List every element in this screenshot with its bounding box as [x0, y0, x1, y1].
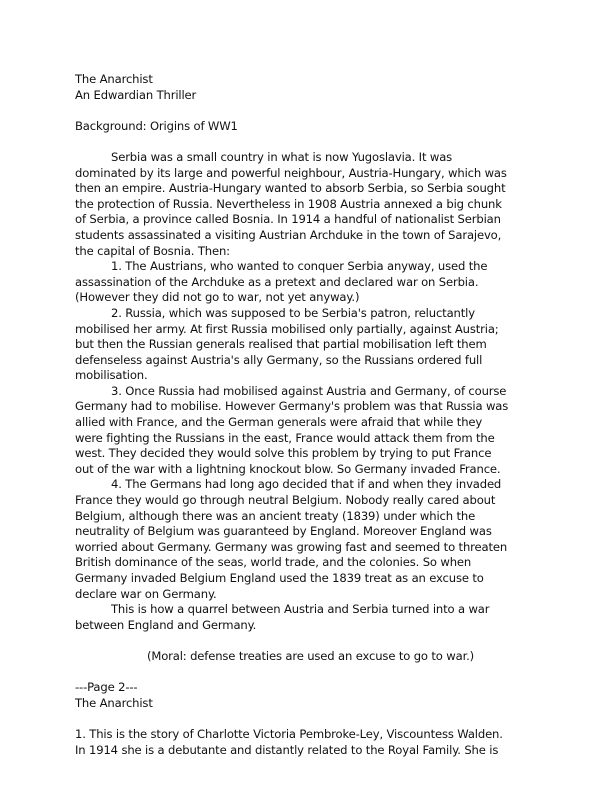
document-title: The Anarchist: [75, 72, 595, 88]
text-line: the protection of Russia. Nevertheless i…: [75, 197, 595, 213]
text-line: In 1914 she is a debutante and distantly…: [75, 743, 595, 759]
text-line: declare war on Germany.: [75, 587, 595, 603]
document-subtitle: An Edwardian Thriller: [75, 88, 595, 104]
paragraph: 3. Once Russia had mobilised against Aus…: [75, 384, 595, 478]
text-line: British dominance of the seas, world tra…: [75, 555, 595, 571]
text-line: then an empire. Austria-Hungary wanted t…: [75, 181, 595, 197]
text-line: worried about Germany. Germany was growi…: [75, 540, 595, 556]
section-heading: Background: Origins of WW1: [75, 119, 595, 135]
text-line: This is how a quarrel between Austria an…: [75, 602, 595, 618]
spacer: [75, 665, 595, 681]
text-line: but then the Russian generals realised t…: [75, 337, 595, 353]
text-line: mobilised her army. At first Russia mobi…: [75, 322, 595, 338]
text-line: Germany had to mobilise. However Germany…: [75, 399, 595, 415]
text-line: 3. Once Russia had mobilised against Aus…: [75, 384, 595, 400]
paragraph: This is how a quarrel between Austria an…: [75, 602, 595, 633]
text-line: 4. The Germans had long ago decided that…: [75, 477, 595, 493]
spacer: [75, 711, 595, 727]
text-line: 2. Russia, which was supposed to be Serb…: [75, 306, 595, 322]
text-line: neutrality of Belgium was guaranteed by …: [75, 524, 595, 540]
text-line: mobilisation.: [75, 368, 595, 384]
page2-body: 1. This is the story of Charlotte Victor…: [75, 727, 595, 758]
text-line: 1. This is the story of Charlotte Victor…: [75, 727, 595, 743]
text-line: Germany invaded Belgium England used the…: [75, 571, 595, 587]
spacer: [75, 103, 595, 119]
page2-title: The Anarchist: [75, 696, 595, 712]
text-line: of Serbia, a province called Bosnia. In …: [75, 212, 595, 228]
spacer: [75, 633, 595, 649]
paragraph: Serbia was a small country in what is no…: [75, 150, 595, 259]
paragraph: 4. The Germans had long ago decided that…: [75, 477, 595, 602]
text-line: the capital of Bosnia. Then:: [75, 244, 595, 260]
text-line: allied with France, and the German gener…: [75, 415, 595, 431]
text-line: Serbia was a small country in what is no…: [75, 150, 595, 166]
text-line: between England and Germany.: [75, 618, 595, 634]
spacer: [75, 134, 595, 150]
background-body: Serbia was a small country in what is no…: [75, 150, 595, 633]
document-page: The Anarchist An Edwardian Thriller Back…: [75, 72, 595, 758]
text-line: Belgium, although there was an ancient t…: [75, 509, 595, 525]
paragraph: 2. Russia, which was supposed to be Serb…: [75, 306, 595, 384]
paragraph: 1. The Austrians, who wanted to conquer …: [75, 259, 595, 306]
page-break-marker: ---Page 2---: [75, 680, 595, 696]
text-line: France they would go through neutral Bel…: [75, 493, 595, 509]
text-line: out of the war with a lightning knockout…: [75, 462, 595, 478]
text-line: defenseless against Austria's ally Germa…: [75, 353, 595, 369]
text-line: 1. The Austrians, who wanted to conquer …: [75, 259, 595, 275]
text-line: dominated by its large and powerful neig…: [75, 166, 595, 182]
text-line: (However they did not go to war, not yet…: [75, 290, 595, 306]
text-line: assassination of the Archduke as a prete…: [75, 275, 595, 291]
text-line: students assassinated a visiting Austria…: [75, 228, 595, 244]
text-line: were fighting the Russians in the east, …: [75, 431, 595, 447]
moral-statement: (Moral: defense treaties are used an exc…: [75, 649, 595, 665]
text-line: west. They decided they would solve this…: [75, 446, 595, 462]
